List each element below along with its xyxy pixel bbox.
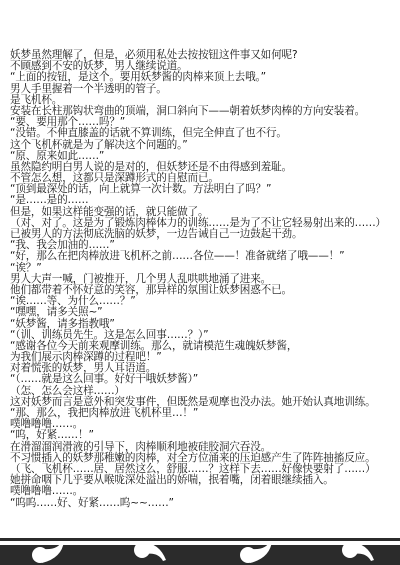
- decorative-footer-band: [0, 538, 400, 565]
- text-line: “没错。不伸直膝盖的话就不算训练，但完全伸直了也不行。: [10, 128, 400, 139]
- text-line: “是……是的……: [10, 195, 400, 206]
- tomoe-wave-ornament-icon: [0, 538, 400, 565]
- text-line: “（……就是这么回事。好好干哦妖梦酱）”: [10, 374, 400, 385]
- text-line: 男人手里握着一个半透明的管子。: [10, 84, 400, 95]
- document-page: 妖梦虽然理解了，但是，必须用私处去按按钮这件事又如何呢? 不顾感到不安的妖梦，男…: [0, 0, 400, 565]
- text-line: “妖梦酱，请多指教哦”: [10, 319, 400, 330]
- text-line: “呜，好紧……！”: [10, 430, 400, 441]
- story-text: 妖梦虽然理解了，但是，必须用私处去按按钮这件事又如何呢? 不顾感到不安的妖梦，男…: [10, 50, 400, 509]
- text-line: “上面的按钮，是这个。要用妖梦酱的肉棒来顶上去哦。”: [10, 72, 400, 83]
- text-line: “好，那么在把肉棒放进飞机杯之前……各位——！准备就绪了哦——！”: [10, 251, 400, 262]
- text-line: “嘿嘿，请多关照~”: [10, 307, 400, 318]
- text-line: “呜呜……好、好紧……呜~~……”: [10, 498, 400, 509]
- text-line: 这个飞机杯就是为了解决这个问题的。”: [10, 140, 400, 151]
- text-line: 噗噜噜噜……。: [10, 486, 400, 497]
